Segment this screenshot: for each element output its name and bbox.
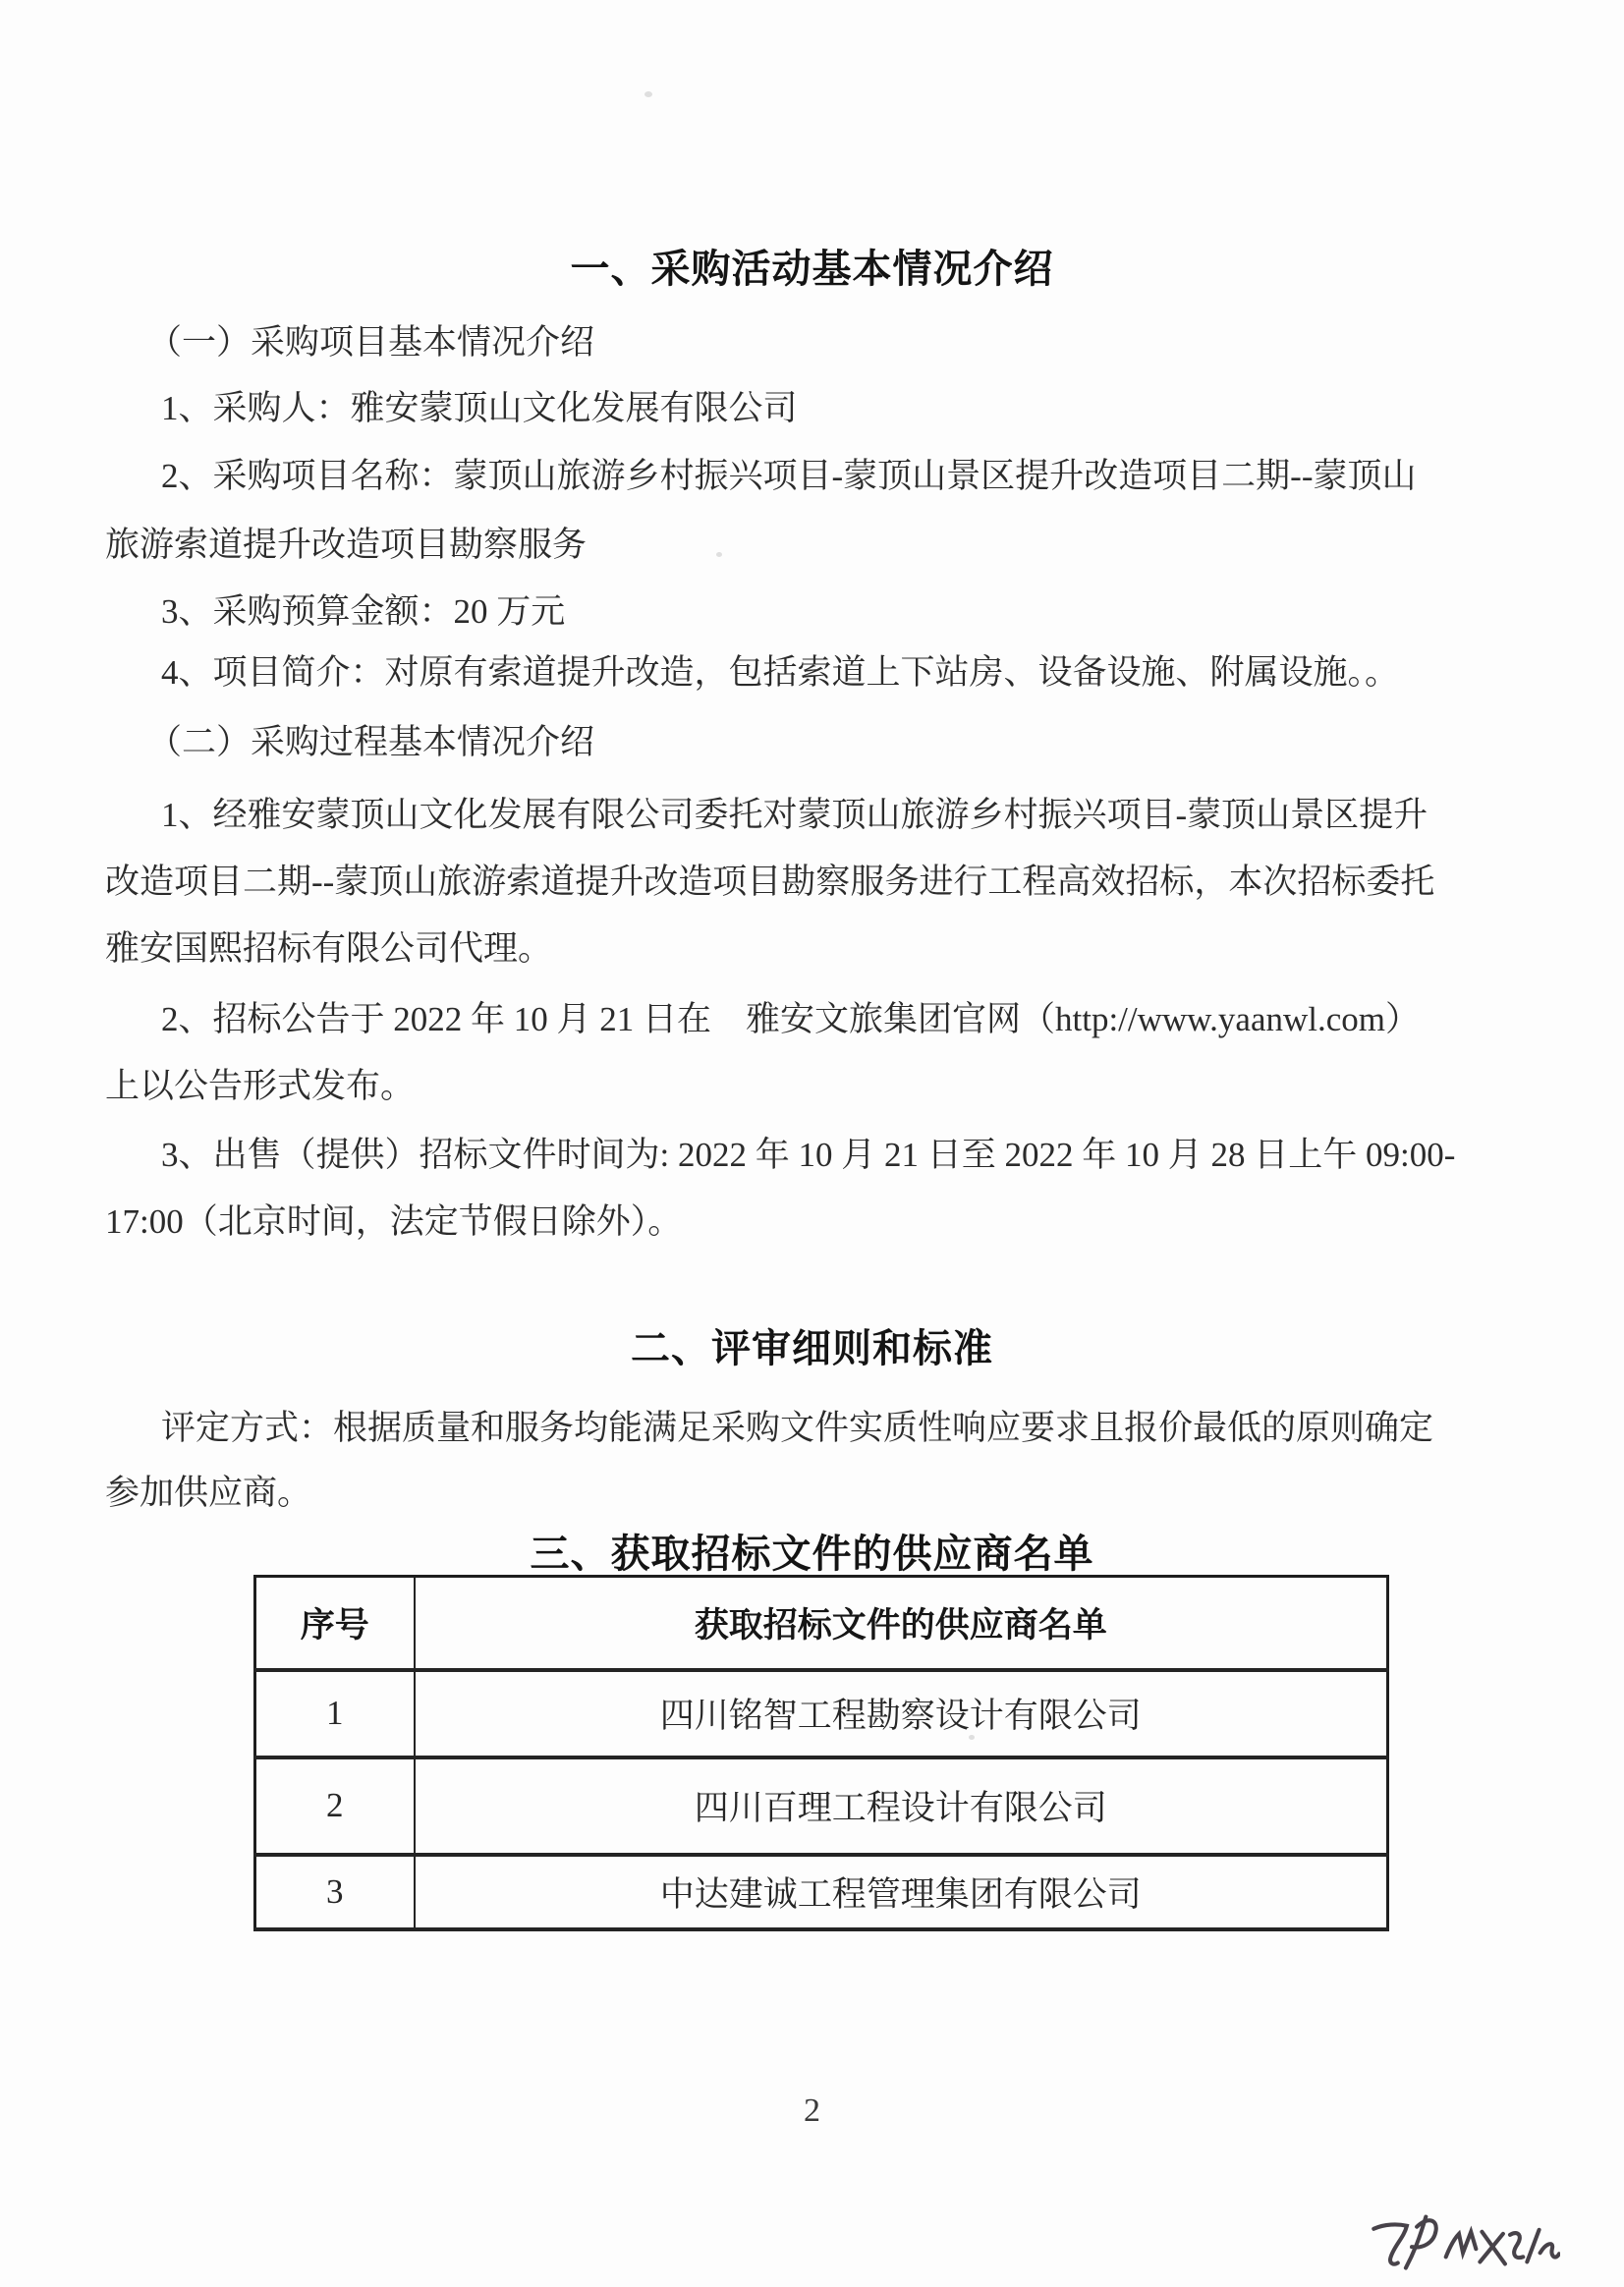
body-line: 3、出售（提供）招标文件时间为: 2022 年 10 月 21 日至 2022 …: [161, 1138, 1455, 1172]
scan-speck: [969, 1735, 975, 1740]
body-line: 4、项目简介：对原有索道提升改造，包括索道上下站房、设备设施、附属设施。。: [161, 655, 1399, 690]
body-line: 3、采购预算金额：20 万元: [161, 594, 565, 629]
suppliers-table: 序号 获取招标文件的供应商名单 1 四川铭智工程勘察设计有限公司 2 四川百理工…: [253, 1575, 1389, 1931]
body-line: 参加供应商。: [105, 1476, 311, 1510]
scan-speck: [716, 552, 722, 557]
body-line: 旅游索道提升改造项目勘察服务: [105, 528, 587, 562]
body-line: （二）采购过程基本情况介绍: [147, 725, 594, 759]
section-1-title: 一、采购活动基本情况介绍: [0, 250, 1624, 289]
table-header-index: 序号: [255, 1577, 415, 1670]
page-number: 2: [0, 2092, 1624, 2130]
scan-speck: [644, 91, 652, 97]
section-2-title: 二、评审细则和标准: [0, 1329, 1624, 1368]
table-header-row: 序号 获取招标文件的供应商名单: [255, 1577, 1388, 1670]
body-line: 上以公告形式发布。: [105, 1069, 415, 1103]
row-index: 1: [255, 1670, 415, 1757]
handwritten-signature-icon: [1360, 2204, 1560, 2275]
table-row: 1 四川铭智工程勘察设计有限公司: [255, 1670, 1388, 1757]
table-header-supplier: 获取招标文件的供应商名单: [415, 1577, 1388, 1670]
row-supplier-name: 四川百理工程设计有限公司: [415, 1757, 1388, 1855]
row-index: 2: [255, 1757, 415, 1855]
row-supplier-name: 中达建诚工程管理集团有限公司: [415, 1855, 1388, 1929]
body-line: 改造项目二期--蒙顶山旅游索道提升改造项目勘察服务进行工程高效招标，本次招标委托: [105, 865, 1434, 899]
body-line: 1、采购人：雅安蒙顶山文化发展有限公司: [161, 391, 798, 425]
table-row: 3 中达建诚工程管理集团有限公司: [255, 1855, 1388, 1929]
row-index: 3: [255, 1855, 415, 1929]
section-3-title: 三、获取招标文件的供应商名单: [0, 1534, 1624, 1574]
scanned-document-page: 一、采购活动基本情况介绍 （一）采购项目基本情况介绍 1、采购人：雅安蒙顶山文化…: [0, 0, 1624, 2287]
body-line: 17:00（北京时间，法定节假日除外）。: [105, 1204, 682, 1239]
body-line: 评定方式：根据质量和服务均能满足采购文件实质性响应要求且报价最低的原则确定: [161, 1411, 1433, 1445]
body-line: 雅安国熙招标有限公司代理。: [105, 931, 552, 966]
body-line: 2、招标公告于 2022 年 10 月 21 日在 雅安文旅集团官网（http:…: [161, 1002, 1420, 1036]
body-line: 2、采购项目名称：蒙顶山旅游乡村振兴项目-蒙顶山景区提升改造项目二期--蒙顶山: [161, 459, 1416, 493]
body-line: （一）采购项目基本情况介绍: [147, 325, 594, 360]
body-line: 1、经雅安蒙顶山文化发展有限公司委托对蒙顶山旅游乡村振兴项目-蒙顶山景区提升: [161, 798, 1428, 832]
table-row: 2 四川百理工程设计有限公司: [255, 1757, 1388, 1855]
row-supplier-name: 四川铭智工程勘察设计有限公司: [415, 1670, 1388, 1757]
